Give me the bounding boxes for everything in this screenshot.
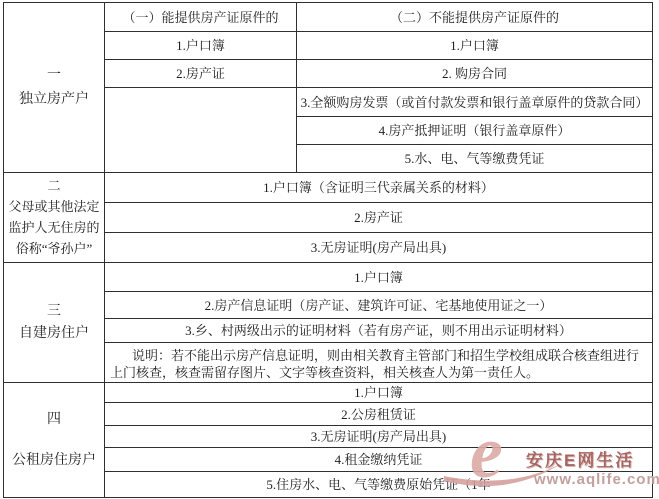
document-page: 一 独立房产户 （一）能提供房产证原件的 （二）不能提供房产证原件的 1.户口簿… xyxy=(0,0,659,499)
section-self-built-housing: 三 自建房住户 1.户口簿 2.房产信息证明（房产证、建筑许可证、宅基地使用证之… xyxy=(4,263,652,383)
s1-col3-row4: 4.房产抵押证明（银行盖章原件） xyxy=(297,117,652,145)
category-label-line: 俗称“爷孙户” xyxy=(16,239,93,259)
s3-row3: 3.乡、村两级出示的证明材料（若有房产证，则不用出示证明材料） xyxy=(105,319,652,343)
s4-row5: 5.住房水、电、气等缴费原始凭证（1年 xyxy=(105,472,652,497)
category-cell-self-built-housing: 三 自建房住户 xyxy=(4,263,105,383)
s1-col3-row3: 3.全额购房发票（或首付款发票和银行盖章原件的贷款合同） xyxy=(297,88,652,117)
category-cell-public-rental-housing: 四 公租房住房户 xyxy=(4,383,105,497)
category-number: 二 xyxy=(47,176,60,196)
s3-row1: 1.户口簿 xyxy=(105,263,652,292)
category-cell-grandparent-household: 二 父母或其他法定 监护人无住房的 俗称“爷孙户” xyxy=(4,173,105,263)
s1-col3-row5: 5.水、电、气等缴费凭证 xyxy=(297,145,652,173)
category-label: 独立房产户 xyxy=(19,92,89,107)
category-number: 一 xyxy=(47,68,61,83)
category-number: 三 xyxy=(47,304,61,319)
s2-row3: 3.无房证明(房产局出具) xyxy=(105,233,652,263)
s2-row2: 2.房产证 xyxy=(105,203,652,233)
category-label-line: 父母或其他法定 xyxy=(8,197,99,217)
s4-row3: 3.无房证明(房产局出具) xyxy=(105,426,652,448)
s4-row4: 4.租金缴纳凭证 xyxy=(105,448,652,472)
s3-row2: 2.房产信息证明（房产证、建筑许可证、宅基地使用证之一） xyxy=(105,292,652,319)
s2-row1: 1.户口簿（含证明三代亲属关系的材料） xyxy=(105,173,652,203)
category-label-line: 监护人无住房的 xyxy=(8,218,99,238)
requirements-table: 一 独立房产户 （一）能提供房产证原件的 （二）不能提供房产证原件的 1.户口簿… xyxy=(3,2,653,498)
s1-col3-row2: 2. 购房合同 xyxy=(297,60,652,88)
section-independent-property: 一 独立房产户 （一）能提供房产证原件的 （二）不能提供房产证原件的 1.户口簿… xyxy=(4,3,652,173)
col3-header-cell: （二）不能提供房产证原件的 xyxy=(297,3,652,32)
section-grandparent-household: 二 父母或其他法定 监护人无住房的 俗称“爷孙户” 1.户口簿（含证明三代亲属关… xyxy=(4,173,652,263)
category-number: 四 xyxy=(47,412,61,427)
category-label: 公租房住房户 xyxy=(12,453,96,468)
category-cell-independent-property: 一 独立房产户 xyxy=(4,3,105,173)
empty-merged-cell xyxy=(105,88,297,173)
col2-header-cell: （一）能提供房产证原件的 xyxy=(105,3,297,32)
s4-row1: 1.户口簿 xyxy=(105,383,652,403)
s1-col2-row1: 1.户口簿 xyxy=(105,32,297,60)
s3-note-row: 说明：若不能出示房产信息证明，则由相关教育主管部门和招生学校组成联合核查组进行上… xyxy=(105,343,652,383)
s1-col3-row1: 1.户口簿 xyxy=(297,32,652,60)
category-label: 自建房住户 xyxy=(19,326,89,341)
s1-col2-row2: 2.房产证 xyxy=(105,60,297,88)
section-public-rental-housing: 四 公租房住房户 1.户口簿 2.公房租赁证 3.无房证明(房产局出具) 4.租… xyxy=(4,383,652,497)
s4-row2: 2.公房租赁证 xyxy=(105,403,652,426)
